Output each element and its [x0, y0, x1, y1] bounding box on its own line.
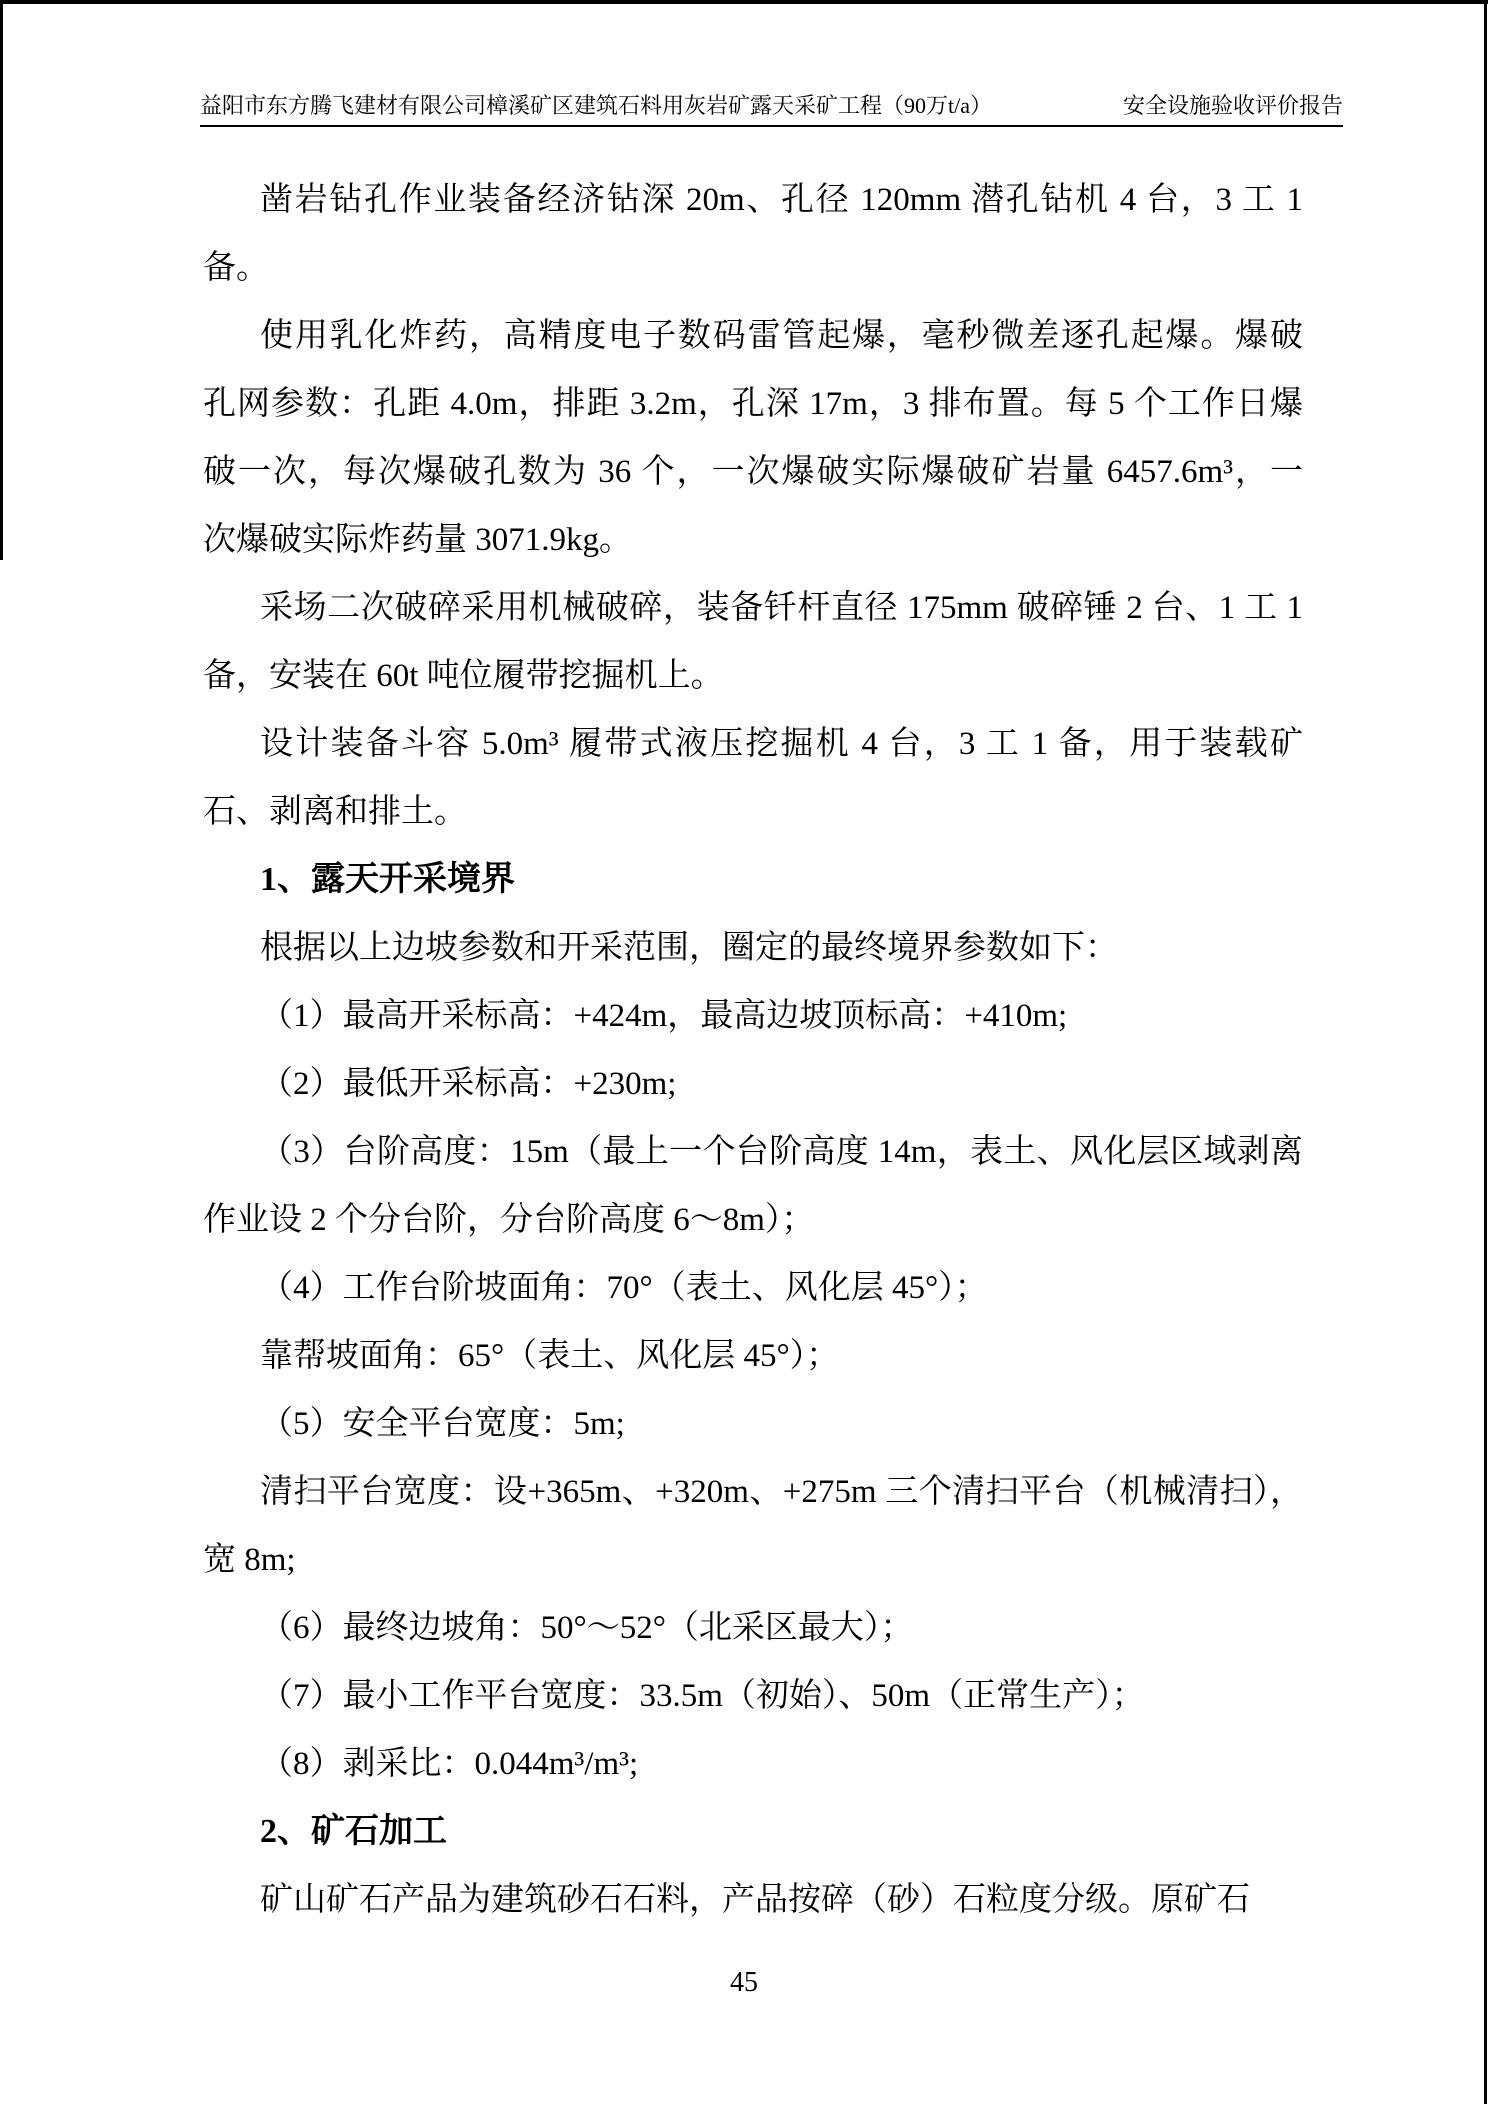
text-line: 石、剥离和排土。 [203, 778, 1303, 846]
text-line: 备，安装在 60t 吨位履带挖掘机上。 [203, 642, 1303, 710]
text-line: （3）台阶高度：15m（最上一个台阶高度 14m，表土、风化层区域剥离 [203, 1118, 1303, 1186]
section-heading-ore-processing: 2、矿石加工 [203, 1798, 1303, 1866]
text-line: 根据以上边坡参数和开采范围，圈定的最终境界参数如下： [203, 914, 1303, 982]
document-body: 凿岩钻孔作业装备经济钻深 20m、孔径 120mm 潜孔钻机 4 台，3 工 1… [203, 166, 1303, 1934]
text-line: （5）安全平台宽度：5m; [203, 1390, 1303, 1458]
header-report-title: 安全设施验收评价报告 [1123, 92, 1343, 120]
text-line: 使用乳化炸药，高精度电子数码雷管起爆，毫秒微差逐孔起爆。爆破 [203, 302, 1303, 370]
text-line: 靠帮坡面角：65°（表土、风化层 45°）； [203, 1322, 1303, 1390]
text-line: （8）剥采比：0.044m³/m³; [203, 1730, 1303, 1798]
scan-edge-left [0, 0, 3, 560]
document-page: 益阳市东方腾飞建材有限公司樟溪矿区建筑石料用灰岩矿露天采矿工程（90万t/a） … [0, 0, 1488, 2104]
text-line: （2）最低开采标高：+230m; [203, 1050, 1303, 1118]
text-line: （6）最终边坡角：50°～52°（北采区最大）； [203, 1594, 1303, 1662]
text-line: 备。 [203, 234, 1303, 302]
page-header: 益阳市东方腾飞建材有限公司樟溪矿区建筑石料用灰岩矿露天采矿工程（90万t/a） … [200, 92, 1343, 127]
text-line: 矿山矿石产品为建筑砂石石料，产品按碎（砂）石粒度分级。原矿石 [203, 1866, 1303, 1934]
text-line: 宽 8m; [203, 1526, 1303, 1594]
text-line: 采场二次破碎采用机械破碎，装备钎杆直径 175mm 破碎锤 2 台、1 工 1 [203, 574, 1303, 642]
text-line: 凿岩钻孔作业装备经济钻深 20m、孔径 120mm 潜孔钻机 4 台，3 工 1 [203, 166, 1303, 234]
scan-edge-top [0, 0, 1488, 4]
text-line: 破一次，每次爆破孔数为 36 个，一次爆破实际爆破矿岩量 6457.6m³，一 [203, 438, 1303, 506]
scan-edge-right [1484, 0, 1487, 2104]
text-line: （1）最高开采标高：+424m，最高边坡顶标高：+410m; [203, 982, 1303, 1050]
text-line: 清扫平台宽度：设+365m、+320m、+275m 三个清扫平台（机械清扫）， [203, 1458, 1303, 1526]
text-line: （7）最小工作平台宽度：33.5m（初始）、50m（正常生产）； [203, 1662, 1303, 1730]
text-line: 孔网参数：孔距 4.0m，排距 3.2m，孔深 17m，3 排布置。每 5 个工… [203, 370, 1303, 438]
page-number: 45 [0, 1966, 1488, 2000]
header-project-title: 益阳市东方腾飞建材有限公司樟溪矿区建筑石料用灰岩矿露天采矿工程（90万t/a） [200, 92, 992, 120]
text-line: 设计装备斗容 5.0m³ 履带式液压挖掘机 4 台，3 工 1 备，用于装载矿 [203, 710, 1303, 778]
text-line: 次爆破实际炸药量 3071.9kg。 [203, 506, 1303, 574]
text-line: 作业设 2 个分台阶，分台阶高度 6～8m）； [203, 1186, 1303, 1254]
section-heading-open-pit-boundary: 1、露天开采境界 [203, 846, 1303, 914]
text-line: （4）工作台阶坡面角：70°（表土、风化层 45°）； [203, 1254, 1303, 1322]
